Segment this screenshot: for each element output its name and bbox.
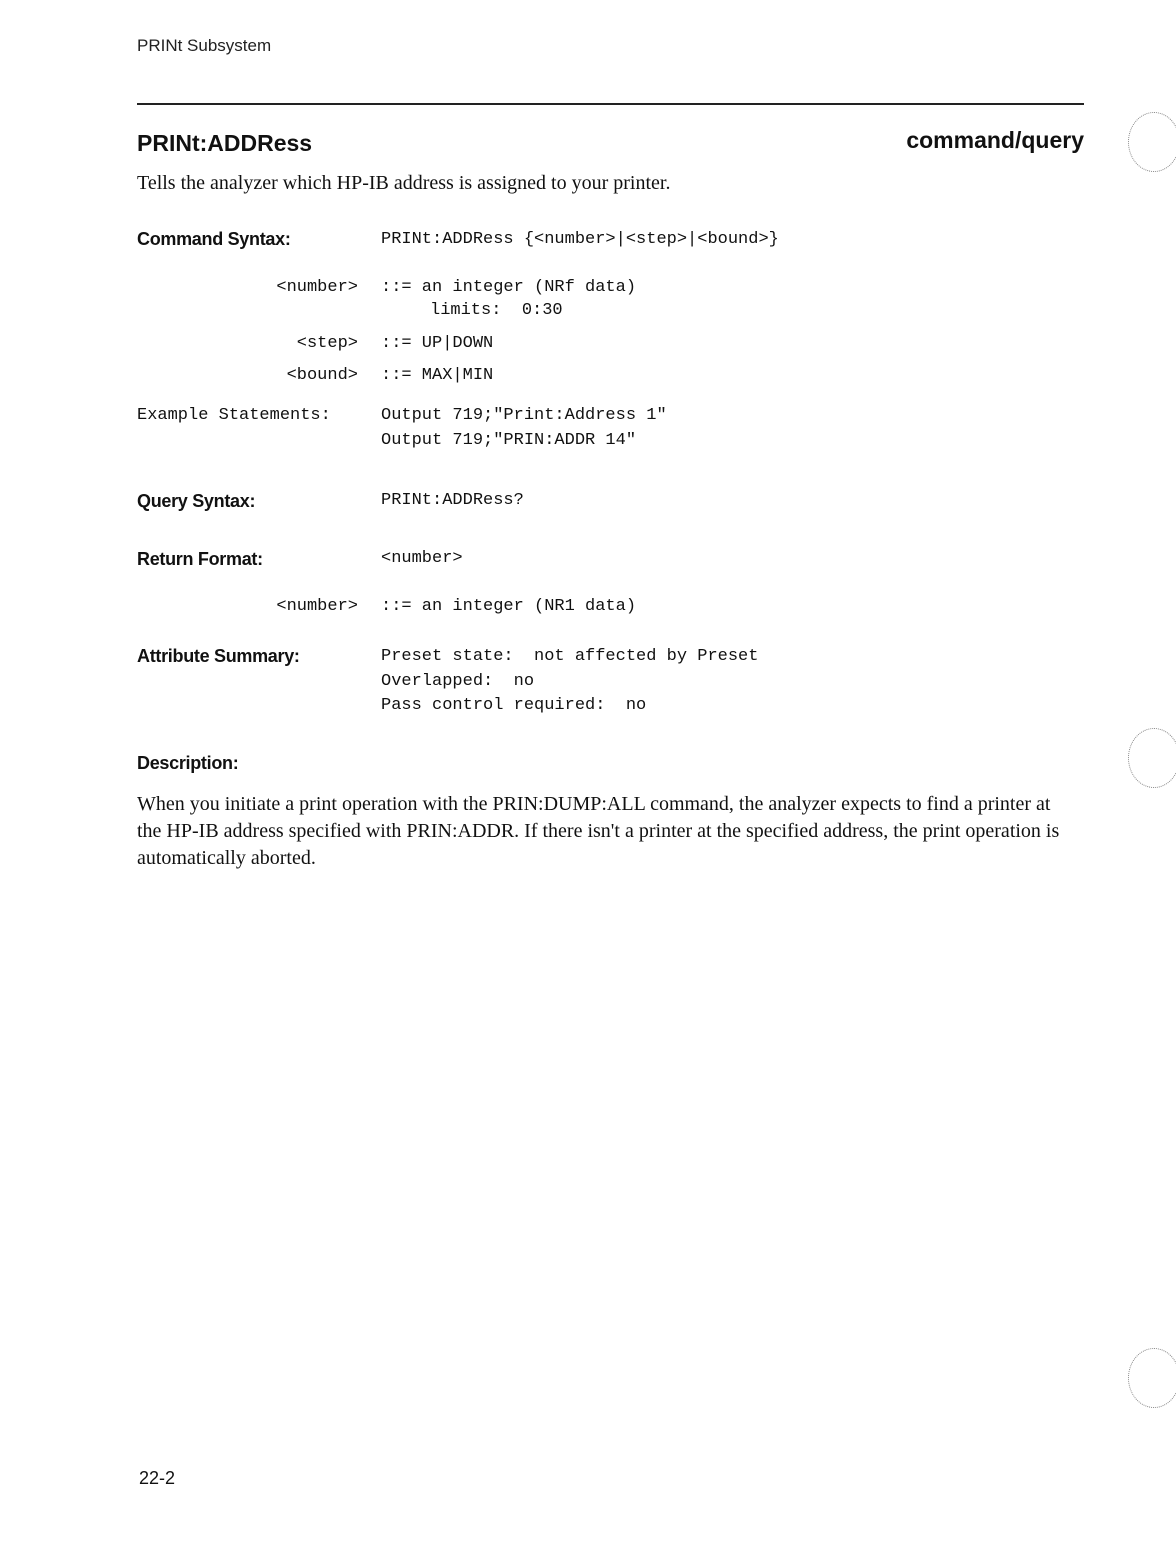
attribute-line-3: Pass control required: no [381,696,646,715]
attribute-line-2: Overlapped: no [381,672,534,691]
description-label: Description: [137,753,238,774]
running-header: PRINt Subsystem [137,36,271,56]
entry-title: PRINt:ADDRess [137,130,312,157]
example-statements-label: Example Statements: [137,406,331,425]
binder-hole-icon [1128,1348,1176,1408]
def-number-limits: limits: 0:30 [430,301,563,320]
command-syntax-value: PRINt:ADDRess {<number>|<step>|<bound>} [381,230,779,249]
return-format-value: <number> [381,549,463,568]
def-step-name: <step> [297,334,358,353]
binder-hole-icon [1128,112,1176,172]
def-bound-value: ::= MAX|MIN [381,366,493,385]
attribute-summary-label: Attribute Summary: [137,646,300,667]
def-step-value: ::= UP|DOWN [381,334,493,353]
def-number-name: <number> [276,278,358,297]
binder-hole-icon [1128,728,1176,788]
query-syntax-value: PRINt:ADDRess? [381,491,524,510]
description-text: When you initiate a print operation with… [137,791,1077,872]
entry-intro: Tells the analyzer which HP-IB address i… [137,172,670,195]
return-def-name: <number> [276,597,358,616]
header-rule [137,103,1084,105]
return-def-value: ::= an integer (NR1 data) [381,597,636,616]
return-format-label: Return Format: [137,549,263,570]
command-syntax-label: Command Syntax: [137,229,291,250]
page-number: 22-2 [139,1468,175,1489]
example-line-2: Output 719;"PRIN:ADDR 14" [381,431,636,450]
def-bound-name: <bound> [287,366,358,385]
entry-kind: command/query [906,127,1084,154]
attribute-line-1: Preset state: not affected by Preset [381,647,758,666]
example-line-1: Output 719;"Print:Address 1" [381,406,667,425]
def-number-value: ::= an integer (NRf data) [381,278,636,297]
query-syntax-label: Query Syntax: [137,491,255,512]
